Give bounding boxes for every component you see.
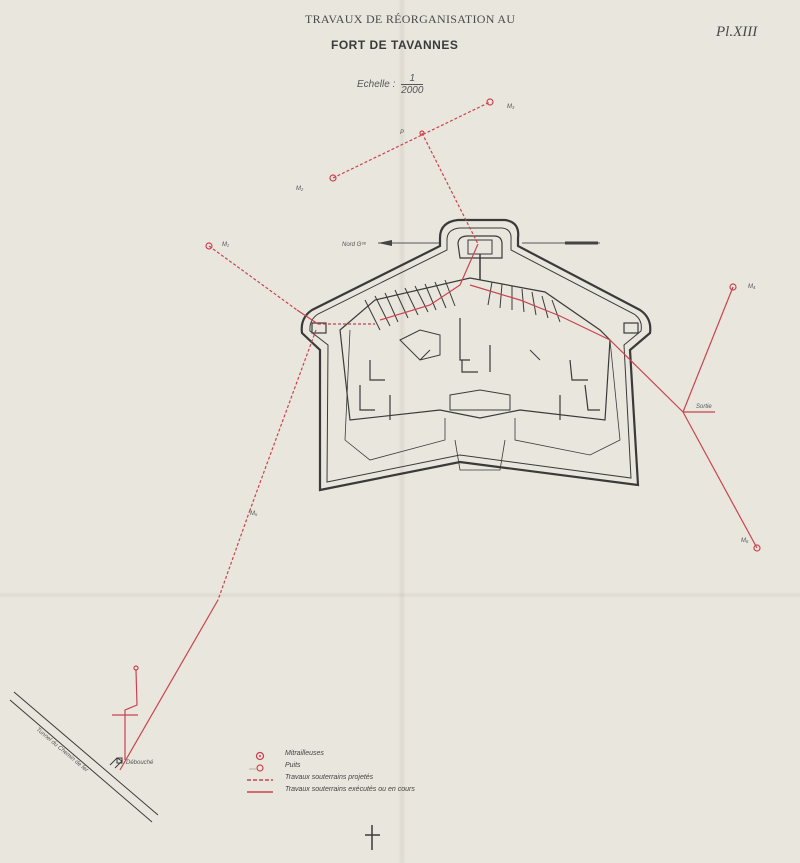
m6-label: M₆: [741, 538, 749, 544]
puits-circle-icon: [245, 762, 275, 774]
fort-plan: Nord Gᵉᵉ: [0, 0, 800, 863]
m1-label: M₁: [222, 242, 229, 248]
projected-tunnels: [209, 102, 490, 600]
p-label: P: [400, 130, 404, 136]
railway-label: Tunnel du Chemin de fer: [35, 727, 90, 774]
fort-outline: [302, 220, 651, 490]
sortie-label: Sortie: [696, 404, 712, 410]
debouche-label: Débouché: [126, 760, 154, 766]
mitrailleuse-m3-icon: [487, 99, 493, 105]
north-arrow-icon: Nord Gᵉᵉ: [342, 240, 600, 248]
solid-red-line-icon: [245, 786, 275, 798]
legend-label: Travaux souterrains exécutés ou en cours: [285, 786, 415, 793]
legend-label: Puits: [285, 762, 301, 769]
executed-tunnels: [112, 244, 757, 770]
mitrailleuse-circle-icon: [245, 750, 275, 762]
mine-points: [134, 99, 760, 670]
legend-label: Mitrailleuses: [285, 750, 324, 757]
railway-tunnel: [10, 692, 158, 822]
m2-label: M₂: [296, 186, 304, 192]
north-label: Nord Gᵉᵉ: [342, 242, 367, 248]
puits-p2-icon: [134, 666, 138, 670]
m3-label: M₃: [507, 104, 515, 110]
m4-label: M₄: [748, 284, 756, 290]
map-sheet: TRAVAUX DE RÉORGANISATION AU FORT DE TAV…: [0, 0, 800, 863]
dashed-red-line-icon: [245, 774, 275, 786]
legend-label: Travaux souterrains projetés: [285, 774, 373, 781]
registration-cross-icon: [365, 825, 380, 850]
m5-label: M₅: [250, 511, 258, 517]
